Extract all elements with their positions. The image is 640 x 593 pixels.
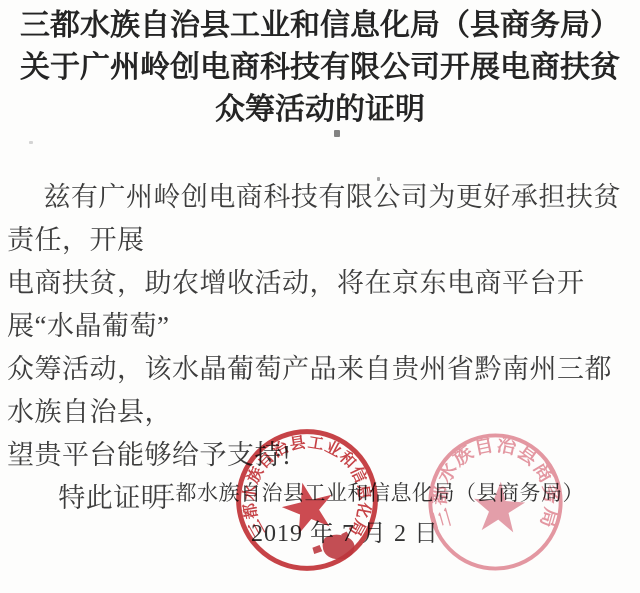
scan-speck: [334, 130, 340, 137]
scanned-certificate-page: 三都水族自治县工业和信息化局（县商务局） 关于广州岭创电商科技有限公司开展电商扶…: [0, 0, 640, 593]
title-line-2: 关于广州岭创电商科技有限公司开展电商扶贫: [0, 47, 640, 89]
star-icon: [472, 480, 527, 533]
star-icon: [277, 477, 339, 537]
body-line-1: 兹有广州岭创电商科技有限公司为更好承担扶贫责任，开展: [7, 176, 634, 262]
title-line-3: 众筹活动的证明: [0, 89, 640, 131]
body-line-3: 众筹活动，该水晶葡萄产品来自贵州省黔南州三都水族自治县，: [7, 348, 634, 434]
document-title: 三都水族自治县工业和信息化局（县商务局） 关于广州岭创电商科技有限公司开展电商扶…: [0, 5, 640, 131]
scan-speck: [29, 141, 33, 144]
title-line-1: 三都水族自治县工业和信息化局（县商务局）: [0, 5, 640, 47]
official-seal-industry-information-bureau: 三都水族自治县工业和信息化局: [235, 428, 379, 572]
body-line-2: 电商扶贫，助农增收活动，将在京东电商平台开展“水晶葡萄”: [7, 262, 634, 348]
seal-maker-mark: [312, 532, 354, 560]
official-seal-commerce-bureau: 三都水族自治县商务局: [426, 431, 565, 573]
